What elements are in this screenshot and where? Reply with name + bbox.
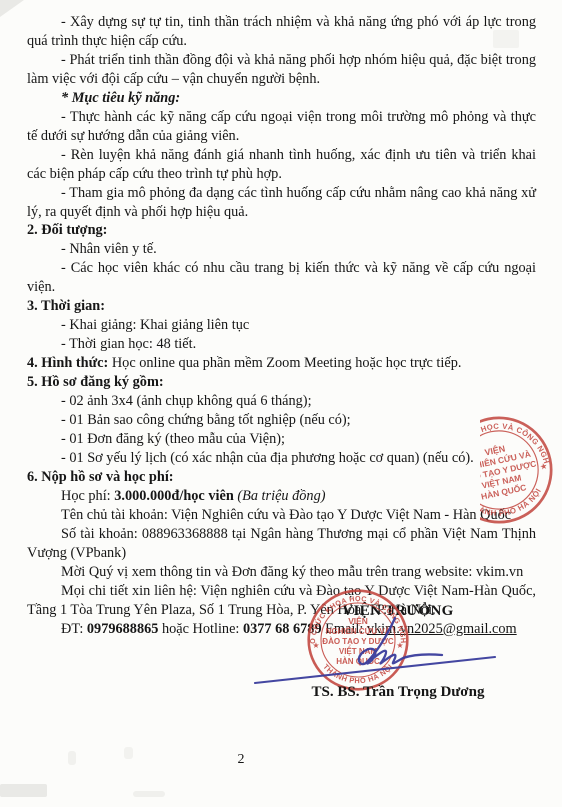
paragraph: - Xây dựng sự tự tin, tinh thần trách nh… — [27, 13, 536, 51]
phone-label: ĐT: — [61, 621, 87, 637]
section-heading-thoi-gian: 3. Thời gian: — [27, 297, 536, 316]
scan-smudge — [0, 784, 47, 797]
subheading-skill-goals: * Mục tiêu kỹ năng: — [27, 89, 536, 108]
fee-line: Học phí: 3.000.000đ/học viên (Ba triệu đ… — [27, 487, 536, 506]
list-item: - 01 Đơn đăng ký (theo mẫu của Viện); — [27, 430, 536, 449]
partial-stamp-seal: TỔ CHỨC KHOA HỌC VÀ CÔNG NGHỆ THÀNH PHỐ … — [480, 414, 562, 526]
scan-smudge — [133, 791, 165, 797]
stamp-seal-graphic: TỔ CHỨC KHOA HỌC VÀ CÔNG NGHỆ THÀNH PHỐ … — [480, 414, 562, 526]
account-number-line: Số tài khoản: 088963368888 tại Ngân hàng… — [27, 525, 536, 563]
fee-note: (Ba triệu đồng) — [237, 488, 325, 504]
paragraph: - Thực hành các kỹ năng cấp cứu ngoại vi… — [27, 108, 536, 146]
paragraph: - Phát triển tinh thần đồng đội và khả n… — [27, 51, 536, 89]
section-heading-nop-ho-so: 6. Nộp hồ sơ và học phí: — [27, 468, 536, 487]
document-body: - Xây dựng sự tự tin, tinh thần trách nh… — [27, 13, 536, 638]
list-item: - 01 Bản sao công chứng bằng tốt nghiệp … — [27, 411, 536, 430]
document-page: - Xây dựng sự tự tin, tinh thần trách nh… — [0, 0, 562, 807]
heading-label: 4. Hình thức: — [27, 355, 108, 371]
hotline-label: hoặc Hotline: — [158, 621, 243, 637]
list-item: - Nhân viên y tế. — [27, 240, 536, 259]
paragraph: - Rèn luyện khả năng đánh giá nhanh tình… — [27, 146, 536, 184]
list-item: - Khai giảng: Khai giảng liên tục — [27, 316, 536, 335]
scan-smudge — [0, 0, 24, 17]
section-heading-hinh-thuc: 4. Hình thức: Học online qua phần mềm Zo… — [27, 354, 536, 373]
heading-text: Học online qua phần mềm Zoom Meeting hoặ… — [108, 355, 461, 371]
list-item: - 01 Sơ yếu lý lịch (có xác nhận của địa… — [27, 449, 536, 468]
fee-label: Học phí: — [61, 488, 114, 504]
website-line: Mời Quý vị xem thông tin và Đơn đăng ký … — [27, 563, 536, 582]
fee-amount: 3.000.000đ/học viên — [114, 488, 237, 504]
account-name-line: Tên chủ tài khoản: Viện Nghiên cứu và Đà… — [27, 506, 536, 525]
scan-smudge — [68, 751, 76, 765]
page-number: 2 — [226, 752, 256, 768]
scan-smudge — [124, 747, 133, 759]
section-heading-ho-so: 5. Hồ sơ đăng ký gồm: — [27, 373, 536, 392]
handwritten-signature — [245, 608, 505, 693]
list-item: - Các học viên khác có nhu cầu trang bị … — [27, 259, 536, 297]
paragraph: - Tham gia mô phỏng đa dạng các tình huố… — [27, 184, 536, 222]
list-item: - 02 ảnh 3x4 (ảnh chụp không quá 6 tháng… — [27, 392, 536, 411]
phone-number: 0979688865 — [87, 621, 158, 637]
list-item: - Thời gian học: 48 tiết. — [27, 335, 536, 354]
section-heading-doi-tuong: 2. Đối tượng: — [27, 221, 536, 240]
